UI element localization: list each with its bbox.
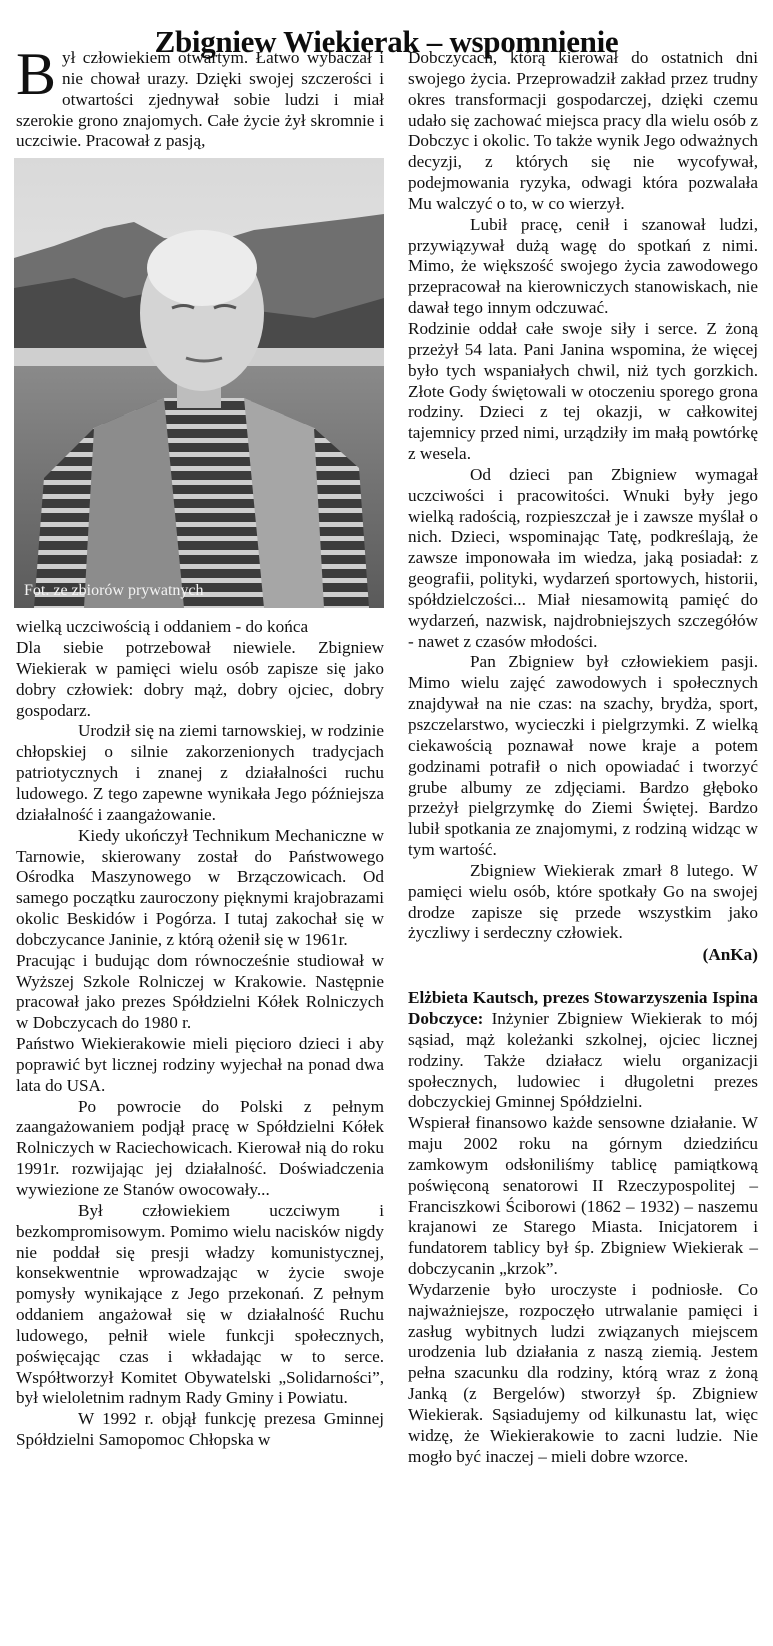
paragraph: Był człowiekiem uczciwym i bezkompromiso…	[16, 1201, 384, 1409]
paragraph: Lubił pracę, cenił i szanował ludzi, prz…	[408, 215, 758, 319]
paragraph: Dobczycach, którą kierował do ostatnich …	[408, 48, 758, 215]
author-signature: (AnKa)	[408, 945, 758, 966]
paragraph: W 1992 r. objął funkcję prezesa Gminnej …	[16, 1409, 384, 1451]
paragraph: Wydarzenie było uroczyste i podniosłe. C…	[408, 1280, 758, 1468]
photo-caption: Fot. ze zbiorów prywatnych	[24, 582, 204, 600]
paragraph: Kiedy ukończył Technikum Mechaniczne w T…	[16, 826, 384, 951]
paragraph: Wspierał finansowo każde sensowne działa…	[408, 1113, 758, 1280]
left-column: Był człowiekiem otwartym. Łatwo wybaczał…	[16, 48, 384, 1451]
paragraph: Państwo Wiekierakowie mieli pięcioro dzi…	[16, 1034, 384, 1097]
paragraph: Pan Zbigniew był człowiekiem pasji. Mimo…	[408, 652, 758, 860]
paragraph: Po powrocie do Polski z pełnym zaangażow…	[16, 1097, 384, 1201]
portrait-photo: Fot. ze zbiorów prywatnych	[14, 158, 384, 608]
paragraph: Dla siebie potrzebował niewiele. Zbignie…	[16, 638, 384, 721]
paragraph: Pracując i budując dom równocześnie stud…	[16, 951, 384, 1034]
paragraph: Zbigniew Wiekierak zmarł 8 lutego. W pam…	[408, 861, 758, 944]
paragraph: Rodzinie oddał całe swoje siły i serce. …	[408, 319, 758, 465]
paragraph: wielką uczciwością i oddaniem - do końca	[16, 617, 384, 638]
paragraph: Od dzieci pan Zbigniew wymagał uczciwośc…	[408, 465, 758, 653]
opening-text: ył człowiekiem otwartym. Łatwo wybaczał …	[16, 48, 384, 150]
opening-paragraph: Był człowiekiem otwartym. Łatwo wybaczał…	[16, 48, 384, 152]
paragraph: Urodził się na ziemi tarnowskiej, w rodz…	[16, 721, 384, 825]
testimonial-paragraph: Elżbieta Kautsch, prezes Stowarzyszenia …	[408, 988, 758, 1113]
spacer	[408, 966, 758, 988]
right-column: Dobczycach, którą kierował do ostatnich …	[408, 48, 758, 1468]
drop-cap: B	[16, 51, 56, 97]
portrait-image-icon	[14, 158, 384, 608]
